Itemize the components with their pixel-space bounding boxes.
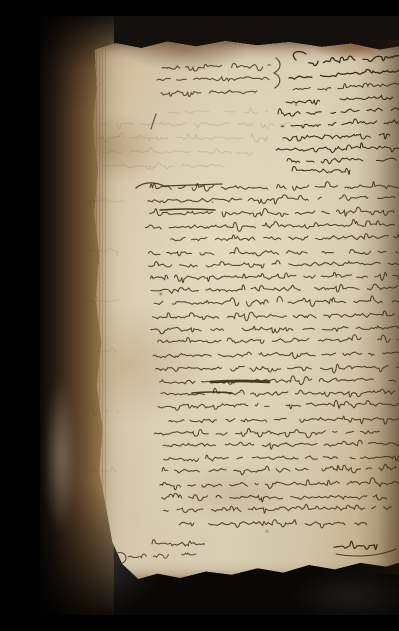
marginal-note [151,58,280,129]
ink-stroke [169,416,399,424]
bleedthrough-mark [88,246,118,255]
trailing-short-line [152,540,204,546]
ink-stroke [292,166,350,174]
ink-stroke [157,77,269,81]
ink-stroke [276,143,399,153]
strikethrough [160,209,215,210]
ink-stroke [162,63,270,71]
ink-stroke [158,400,399,410]
bleedthrough-line [100,122,290,128]
entry-heading [276,52,399,175]
ink-stroke [293,83,399,90]
ink-stroke [153,350,399,358]
ink-stroke [161,90,257,96]
date-swash [293,52,306,60]
ink-stroke [160,376,396,385]
ink-stroke [148,195,395,204]
bleedthrough-line [98,133,268,142]
ink-stroke [160,478,399,490]
ink-stroke [334,541,390,549]
ink-stroke [164,455,399,462]
ink-stroke [154,296,399,307]
ink-stroke [151,272,399,282]
ink-stroke [286,96,399,105]
circled-mark [114,553,126,564]
ink-stroke [162,464,396,474]
bleedthrough-line [104,163,224,170]
ink-stroke [149,248,398,256]
bleedthrough-mark [86,200,124,203]
ink-stroke [171,234,399,241]
ink-stroke [149,261,399,268]
ink-stroke [283,134,399,142]
bleedthrough-line [102,148,252,156]
strikethrough [192,392,232,393]
bleedthrough-mark [97,348,116,352]
body-paragraph [136,182,399,546]
ink-stroke [287,158,399,164]
manuscript-photograph [40,16,399,615]
ink-stroke [145,219,394,231]
ink-stroke [154,428,395,437]
bleedthrough-mark [92,467,116,472]
ink-stroke [151,326,399,334]
ink-stroke [151,284,397,293]
stray-mark [151,114,156,129]
ink-stroke [281,116,399,127]
ink-stroke [289,69,399,79]
ink-stroke [162,493,395,501]
ink-stroke [163,440,399,449]
ink-stroke [309,55,399,65]
bleedthrough-mark [85,300,119,302]
bottom-left-note [114,553,196,564]
ink-stroke [278,106,399,116]
signature-swash [336,549,396,556]
strikethrough [211,381,269,382]
signature [334,541,396,556]
ink-stroke [164,504,392,513]
bleedthrough-line [168,108,268,114]
handwriting-layer [40,16,399,615]
ink-stroke [156,364,398,373]
bracket-flourish [274,58,280,88]
ink-stroke [179,520,370,528]
bleedthrough-mark [87,407,119,415]
ink-stroke [158,335,398,344]
ink-stroke [152,311,397,321]
ink-stroke [128,553,196,558]
ink-stroke [150,182,398,192]
